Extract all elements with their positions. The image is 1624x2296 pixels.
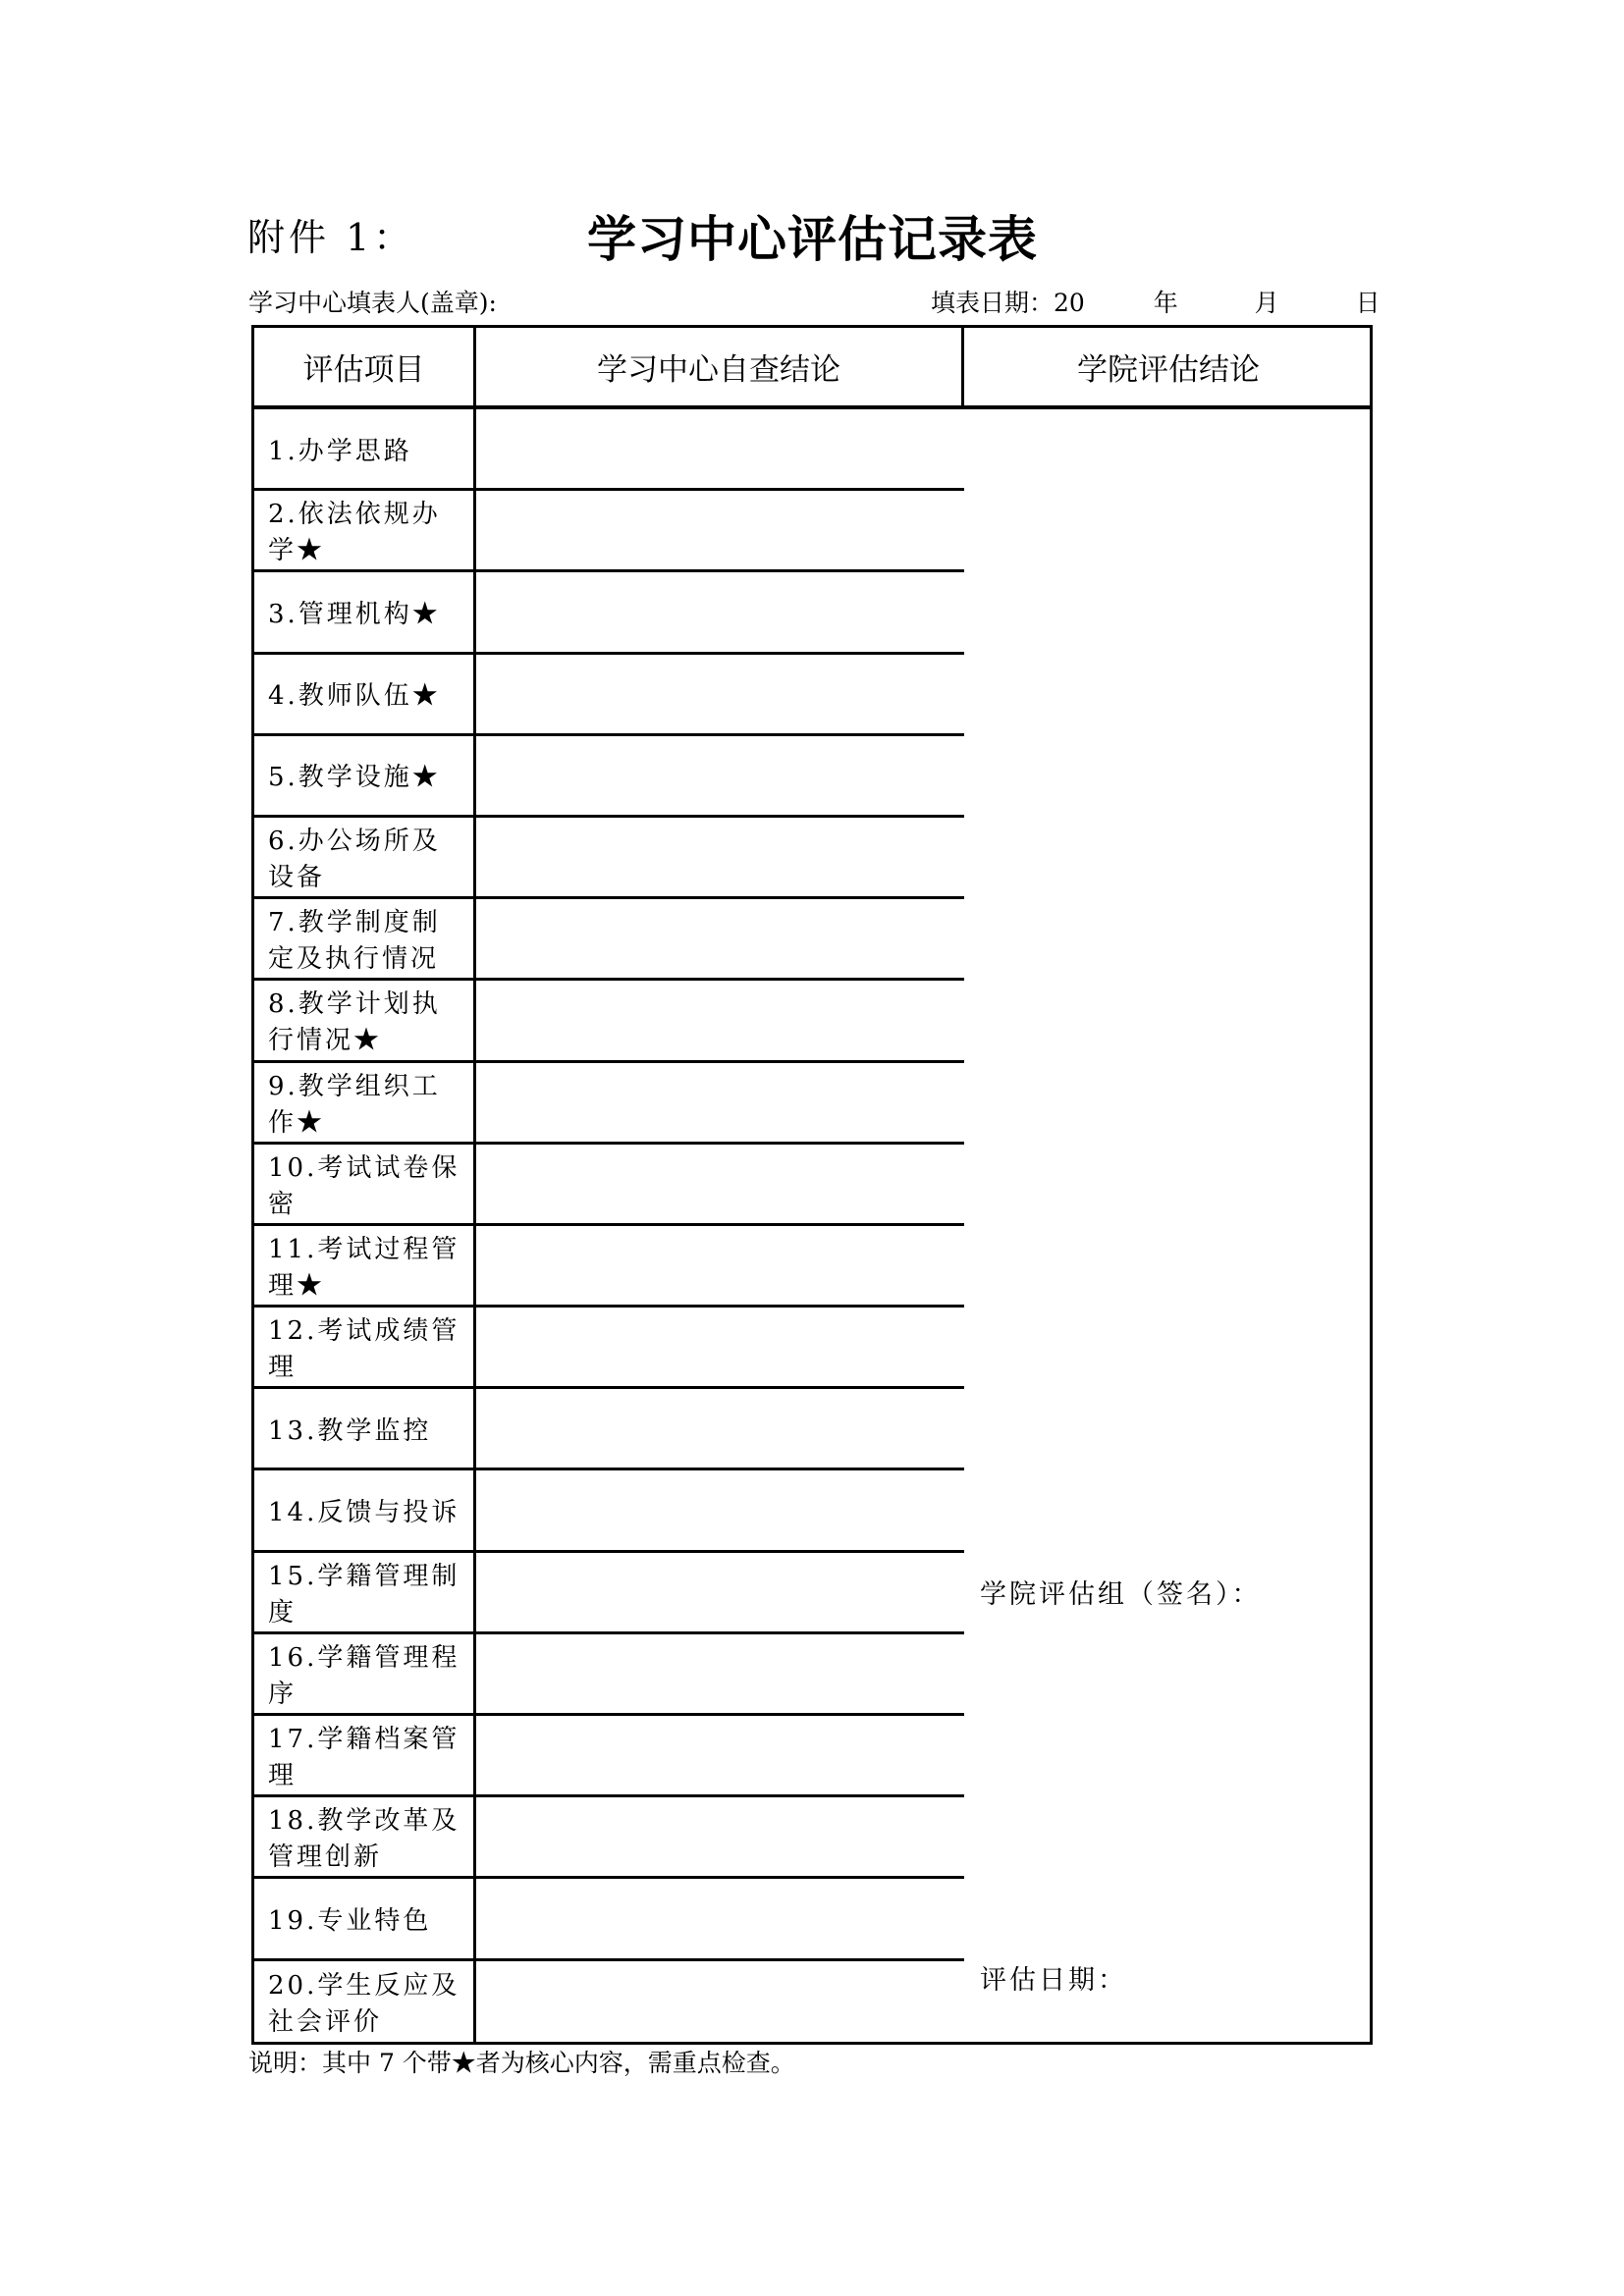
college-conclusion-cell[interactable]: 学院评估组（签名）： 评估日期：	[964, 409, 1373, 2042]
table-row: 4.教师队伍★	[254, 655, 964, 736]
self-check-cell[interactable]	[476, 1308, 964, 1386]
table-row: 20.学生反应及社会评价	[254, 1961, 964, 2043]
table-row: 1.办学思路	[254, 409, 964, 491]
item-label: 14.反馈与投诉	[254, 1470, 476, 1549]
item-label: 17.学籍档案管理	[254, 1716, 476, 1794]
year-label: 年	[1154, 287, 1178, 320]
college-signature-label: 学院评估组（签名）：	[980, 1573, 1262, 1611]
evaluation-table: 评估项目 学习中心自查结论 学院评估结论 1.办学思路 2.依法依规办学★ 3.…	[251, 325, 1373, 2045]
table-row: 17.学籍档案管理	[254, 1716, 964, 1797]
column-header-self-check: 学习中心自查结论	[476, 328, 964, 409]
self-check-cell[interactable]	[476, 1961, 964, 2043]
self-check-cell[interactable]	[476, 1879, 964, 1957]
item-label: 12.考试成绩管理	[254, 1308, 476, 1386]
evaluation-date-label: 评估日期：	[980, 1958, 1127, 1997]
footnote: 说明：其中 7 个带★者为核心内容，需重点检查。	[248, 2047, 795, 2080]
item-label: 10.考试试卷保密	[254, 1145, 476, 1223]
item-label: 7.教学制度制定及执行情况	[254, 899, 476, 978]
column-header-college-conclusion: 学院评估结论	[964, 328, 1373, 409]
item-label: 15.学籍管理制度	[254, 1553, 476, 1631]
fill-date-label: 填表日期：20	[931, 287, 1085, 320]
evaluation-rows: 1.办学思路 2.依法依规办学★ 3.管理机构★ 4.教师队伍★ 5.教学设施★…	[254, 409, 964, 2043]
table-row: 9.教学组织工作★	[254, 1063, 964, 1145]
item-label: 2.依法依规办学★	[254, 491, 476, 569]
item-label: 19.专业特色	[254, 1879, 476, 1957]
filler-stamp-label: 学习中心填表人(盖章):	[248, 287, 497, 320]
page-title: 学习中心评估记录表	[587, 210, 1038, 269]
table-row: 10.考试试卷保密	[254, 1145, 964, 1226]
self-check-cell[interactable]	[476, 981, 964, 1059]
item-label: 16.学籍管理程序	[254, 1634, 476, 1713]
table-row: 5.教学设施★	[254, 736, 964, 818]
table-row: 13.教学监控	[254, 1389, 964, 1470]
month-label: 月	[1255, 287, 1279, 320]
item-label: 13.教学监控	[254, 1389, 476, 1468]
self-check-cell[interactable]	[476, 1634, 964, 1713]
table-row: 6.办公场所及设备	[254, 818, 964, 899]
table-row: 11.考试过程管理★	[254, 1226, 964, 1308]
fill-date-line: 填表日期：20 年 月 日	[931, 287, 1380, 320]
item-label: 5.教学设施★	[254, 736, 476, 815]
table-row: 18.教学改革及管理创新	[254, 1797, 964, 1879]
item-label: 8.教学计划执行情况★	[254, 981, 476, 1059]
self-check-cell[interactable]	[476, 1063, 964, 1142]
item-label: 3.管理机构★	[254, 572, 476, 651]
self-check-cell[interactable]	[476, 1389, 964, 1468]
self-check-cell[interactable]	[476, 736, 964, 815]
table-row: 7.教学制度制定及执行情况	[254, 899, 964, 981]
table-row: 16.学籍管理程序	[254, 1634, 964, 1716]
table-row: 15.学籍管理制度	[254, 1553, 964, 1634]
self-check-cell[interactable]	[476, 491, 964, 569]
self-check-cell[interactable]	[476, 1145, 964, 1223]
item-label: 18.教学改革及管理创新	[254, 1797, 476, 1876]
table-row: 8.教学计划执行情况★	[254, 981, 964, 1062]
item-label: 9.教学组织工作★	[254, 1063, 476, 1142]
self-check-cell[interactable]	[476, 1553, 964, 1631]
attachment-label: 附件 1：	[247, 214, 414, 261]
table-row: 2.依法依规办学★	[254, 491, 964, 572]
table-row: 19.专业特色	[254, 1879, 964, 1960]
self-check-cell[interactable]	[476, 655, 964, 733]
self-check-cell[interactable]	[476, 1716, 964, 1794]
column-header-item: 评估项目	[254, 328, 476, 409]
self-check-cell[interactable]	[476, 409, 964, 488]
item-label: 11.考试过程管理★	[254, 1226, 476, 1305]
item-label: 6.办公场所及设备	[254, 818, 476, 896]
item-label: 1.办学思路	[254, 409, 476, 488]
item-label: 20.学生反应及社会评价	[254, 1961, 476, 2043]
self-check-cell[interactable]	[476, 1226, 964, 1305]
self-check-cell[interactable]	[476, 818, 964, 896]
self-check-cell[interactable]	[476, 899, 964, 978]
day-label: 日	[1356, 287, 1380, 320]
self-check-cell[interactable]	[476, 1470, 964, 1549]
table-row: 3.管理机构★	[254, 572, 964, 654]
self-check-cell[interactable]	[476, 1797, 964, 1876]
item-label: 4.教师队伍★	[254, 655, 476, 733]
table-row: 12.考试成绩管理	[254, 1308, 964, 1389]
table-row: 14.反馈与投诉	[254, 1470, 964, 1552]
self-check-cell[interactable]	[476, 572, 964, 651]
